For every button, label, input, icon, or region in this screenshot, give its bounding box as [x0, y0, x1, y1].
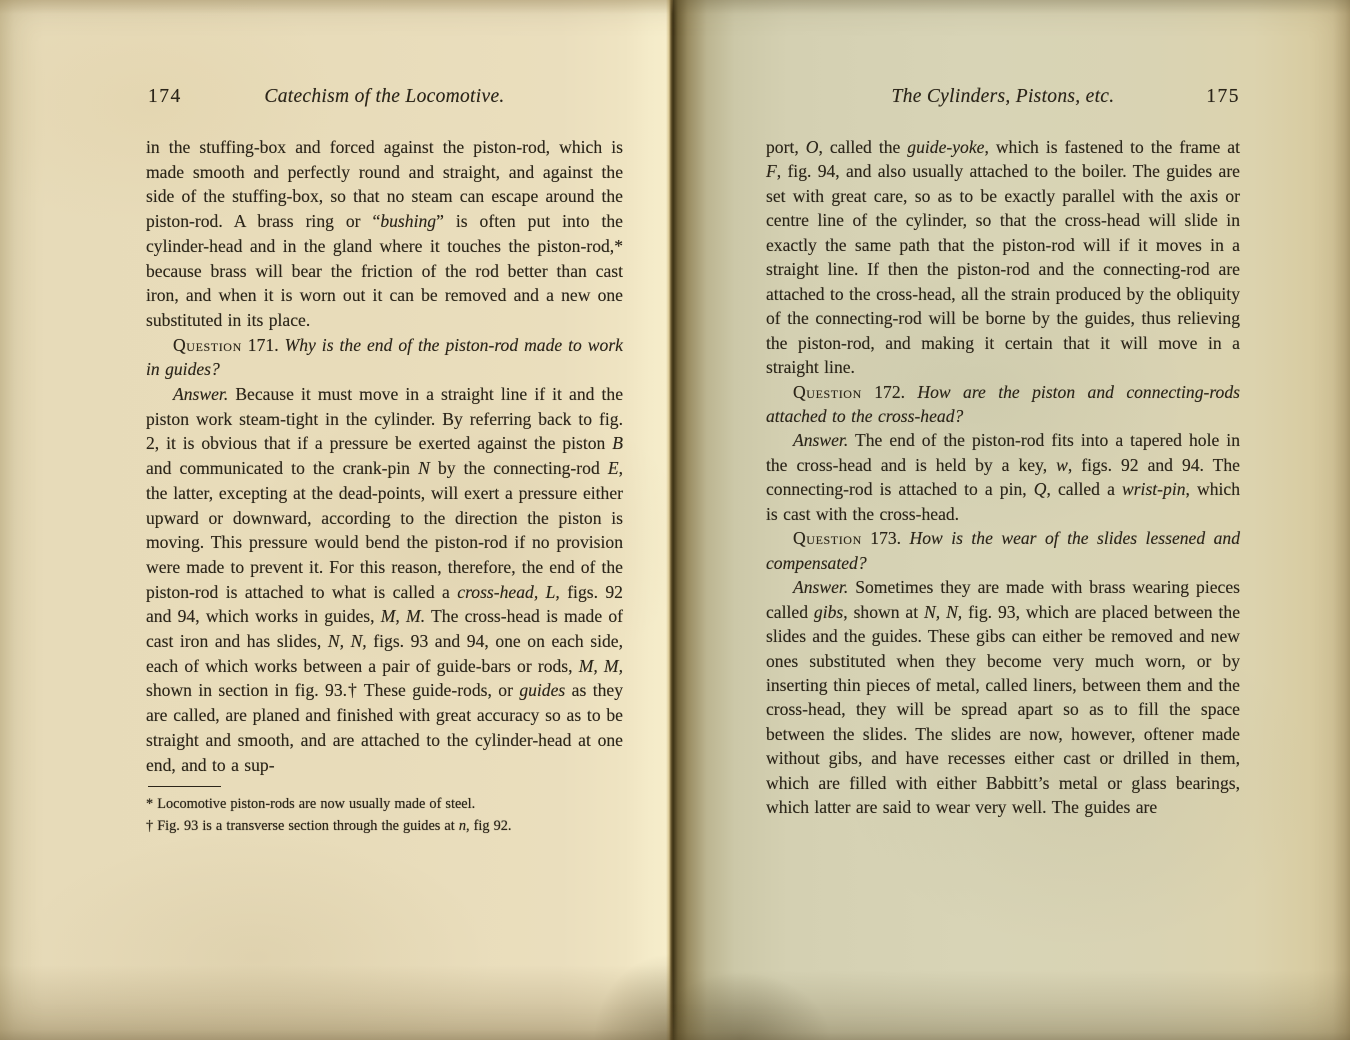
text-segment: † Fig. 93 is a transverse section throug…: [146, 818, 459, 834]
page-body-right: port, O, called the guide-yoke, which is…: [766, 135, 1240, 820]
text-segment: Answer.: [793, 430, 848, 450]
book-scan: 174 Catechism of the Locomotive. in the …: [0, 0, 1350, 1040]
text-segment: Question: [793, 382, 862, 402]
text-segment: Question: [173, 335, 242, 355]
text-segment: wrist-pin: [1122, 479, 1186, 499]
text-segment: N, N,: [328, 631, 367, 651]
paragraph: Answer. The end of the piston-rod fits i…: [766, 428, 1240, 526]
paragraph: Question 173. How is the wear of the sli…: [766, 526, 1240, 575]
paragraph: Answer. Sometimes they are made with bra…: [766, 575, 1240, 820]
text-segment: O: [806, 137, 819, 157]
text-segment: B: [612, 433, 623, 453]
text-segment: and communicated to the crank-pin: [146, 458, 418, 478]
text-segment: cross-head, L,: [457, 582, 560, 602]
footnote-list: * Locomotive piston-rods are now usually…: [146, 794, 623, 837]
text-segment: by the connecting-rod: [430, 458, 608, 478]
text-segment: F: [766, 161, 777, 181]
text-segment: Answer.: [793, 577, 848, 597]
text-segment: Q: [1034, 479, 1047, 499]
page-body-left: in the stuffing-box and forced against t…: [146, 135, 623, 777]
text-segment: shown in section in fig. 93.† These guid…: [146, 680, 519, 700]
text-segment: w: [1056, 455, 1068, 475]
text-segment: Question: [793, 528, 862, 548]
page-right-content: The Cylinders, Pistons, etc. 175 port, O…: [766, 86, 1240, 820]
footnotes-left: * Locomotive piston-rods are now usually…: [146, 786, 623, 837]
text-segment: * Locomotive piston-rods are now usually…: [146, 796, 475, 812]
paragraph: in the stuffing-box and forced against t…: [146, 135, 623, 333]
text-segment: 171.: [242, 335, 285, 355]
text-segment: E: [608, 458, 619, 478]
text-segment: , fig. 94, and also usually attached to …: [766, 161, 1240, 377]
footnote: * Locomotive piston-rods are now usually…: [146, 794, 623, 816]
text-segment: , which is fastened to the frame at: [984, 137, 1240, 157]
text-segment: gibs: [814, 602, 843, 622]
paragraph: Question 172. How are the piston and con…: [766, 380, 1240, 429]
footnote: † Fig. 93 is a transverse section throug…: [146, 816, 623, 838]
text-segment: , shown at: [843, 602, 924, 622]
running-title-right: The Cylinders, Pistons, etc.: [766, 86, 1240, 108]
text-segment: bushing: [380, 211, 436, 231]
paragraph: Answer. Because it must move in a straig…: [146, 382, 623, 777]
text-segment: 172.: [862, 382, 918, 402]
text-segment: M, M,: [579, 656, 623, 676]
running-title-left: Catechism of the Locomotive.: [146, 86, 623, 108]
page-number-right: 175: [1206, 86, 1240, 108]
page-header-left: 174 Catechism of the Locomotive.: [146, 86, 623, 113]
text-segment: M, M.: [381, 606, 425, 626]
text-segment: N: [418, 458, 430, 478]
text-segment: 173.: [862, 528, 910, 548]
text-segment: port,: [766, 137, 806, 157]
text-segment: Answer.: [173, 384, 228, 404]
text-segment: , called the: [818, 137, 907, 157]
paragraph: Question 171. Why is the end of the pist…: [146, 333, 623, 382]
text-segment: fig. 93, which are placed between the sl…: [766, 602, 1240, 818]
text-segment: guides: [519, 680, 565, 700]
footnote-rule: [148, 786, 221, 787]
text-segment: N, N,: [924, 602, 962, 622]
text-segment: guide-yoke: [907, 137, 984, 157]
text-segment: n: [459, 818, 466, 834]
page-header-right: The Cylinders, Pistons, etc. 175: [766, 86, 1240, 113]
page-left-content: 174 Catechism of the Locomotive. in the …: [146, 86, 623, 837]
text-segment: , called a: [1046, 479, 1121, 499]
text-segment: , fig 92.: [466, 818, 511, 834]
text-segment: , the latter, excepting at the dead-poin…: [146, 458, 623, 602]
paragraph: port, O, called the guide-yoke, which is…: [766, 135, 1240, 380]
